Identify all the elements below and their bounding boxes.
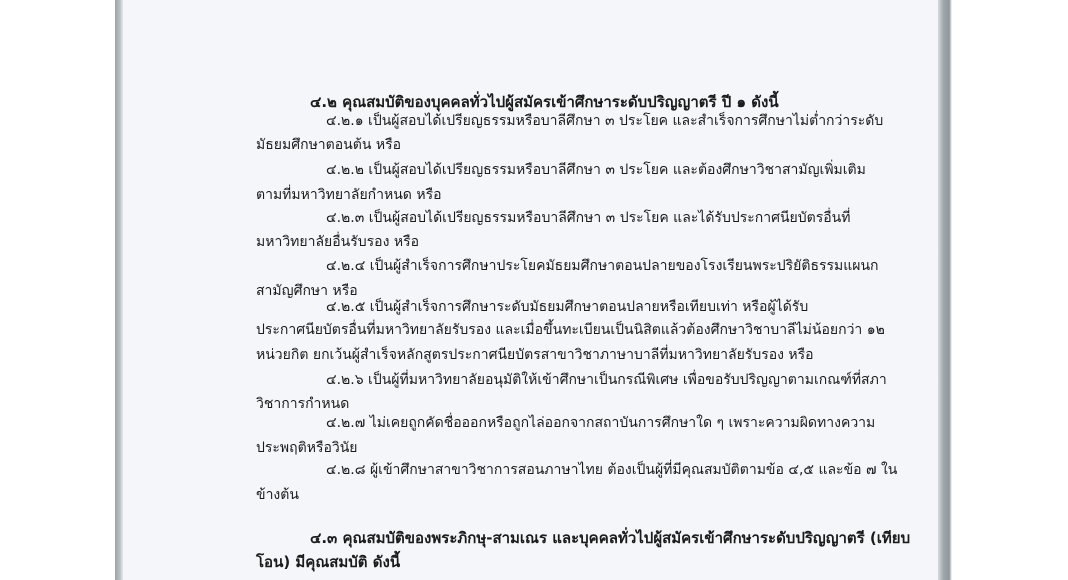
section-4-2-heading: ๔.๒ คุณสมบัติของบุคคลทั่วไปผู้สมัครเข้าศ… <box>310 92 779 112</box>
item-4-2-4-line1: ๔.๒.๔ เป็นผู้สำเร็จการศึกษาประโยคมัธยมศึ… <box>326 256 879 276</box>
item-4-2-8-line2: ข้างต้น <box>256 485 299 505</box>
item-4-2-5-line2: ประกาศนียบัตรอื่นที่มหาวิทยาลัยรับรอง แล… <box>256 320 885 340</box>
item-4-2-1-line1: ๔.๒.๑ เป็นผู้สอบได้เปรียญธรรมหรือบาลีศึก… <box>326 111 883 131</box>
item-4-2-3-line2: มหาวิทยาลัยอื่นรับรอง หรือ <box>256 232 419 252</box>
item-4-2-7-line2: ประพฤติหรือวินัย <box>256 438 358 458</box>
section-4-3-heading-line1: ๔.๓ คุณสมบัติของพระภิกษุ-สามเณร และบุคคล… <box>310 528 910 548</box>
scanned-page: ๔.๒ คุณสมบัติของบุคคลทั่วไปผู้สมัครเข้าศ… <box>123 0 938 580</box>
item-4-2-2-line2: ตามที่มหาวิทยาลัยกำหนด หรือ <box>256 185 442 205</box>
item-4-2-8-line1: ๔.๒.๘ ผู้เข้าศึกษาสาขาวิชาการสอนภาษาไทย … <box>326 460 897 480</box>
section-4-3-heading-line2: โอน) มีคุณสมบัติ ดังนี้ <box>256 552 400 572</box>
item-4-2-5-line1: ๔.๒.๕ เป็นผู้สำเร็จการศึกษาระดับมัธยมศึก… <box>326 297 808 317</box>
item-4-2-2-line1: ๔.๒.๒ เป็นผู้สอบได้เปรียญธรรมหรือบาลีศึก… <box>326 160 866 180</box>
item-4-2-1-line2: มัธยมศึกษาตอนต้น หรือ <box>256 135 401 155</box>
scan-border-right <box>938 0 952 580</box>
item-4-2-5-line3: หน่วยกิต ยกเว้นผู้สำเร็จหลักสูตรประกาศนี… <box>256 345 814 365</box>
item-4-2-6-line1: ๔.๒.๖ เป็นผู้ที่มหาวิทยาลัยอนุมัติให้เข้… <box>326 370 887 390</box>
scan-border-left <box>115 0 123 580</box>
item-4-2-7-line1: ๔.๒.๗ ไม่เคยถูกคัดชื่อออกหรือถูกไล่ออกจา… <box>326 413 875 433</box>
item-4-2-3-line1: ๔.๒.๓ เป็นผู้สอบได้เปรียญธรรมหรือบาลีศึก… <box>326 208 850 228</box>
document-viewer: ๔.๒ คุณสมบัติของบุคคลทั่วไปผู้สมัครเข้าศ… <box>0 0 1068 580</box>
item-4-2-6-line2: วิชาการกำหนด <box>256 394 349 414</box>
